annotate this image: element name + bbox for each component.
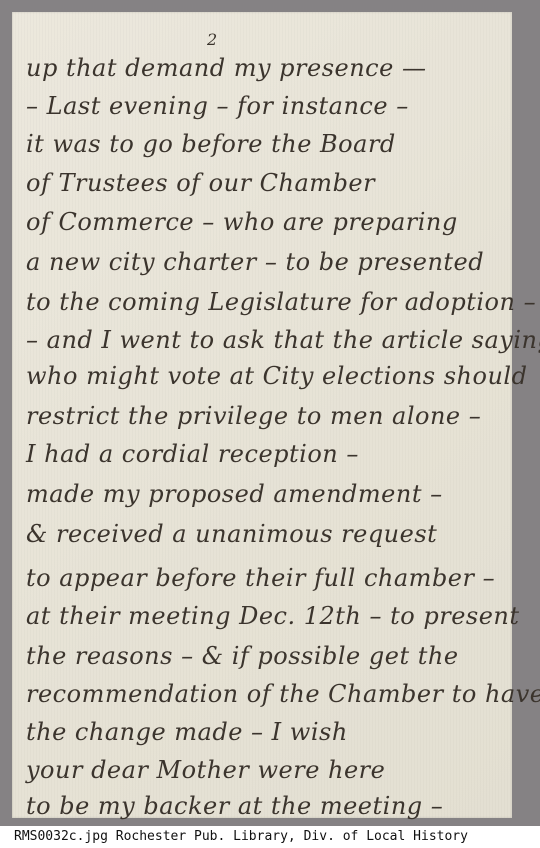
text-line: your dear Mother were here [26, 756, 385, 784]
text-line: I had a cordial reception – [26, 440, 359, 468]
text-line: recommendation of the Chamber to have [26, 680, 540, 708]
text-line: at their meeting Dec. 12th – to present [26, 602, 520, 630]
handwritten-text: up that demand my presence — – Last even… [12, 12, 512, 818]
text-line: & received a unanimous request [26, 520, 437, 548]
text-line: to the coming Legislature for adoption – [26, 288, 536, 316]
text-line: the change made – I wish [26, 718, 348, 746]
text-line: to appear before their full chamber – [26, 564, 495, 592]
text-line: the reasons – & if possible get the [26, 642, 459, 670]
text-line: of Trustees of our Chamber [26, 169, 375, 197]
text-line: it was to go before the Board [26, 130, 396, 158]
image-caption: RMS0032c.jpg Rochester Pub. Library, Div… [0, 826, 540, 848]
text-line: who might vote at City elections should [26, 362, 527, 390]
text-line: – Last evening – for instance – [26, 92, 409, 120]
scan-frame: 2 up that demand my presence — – Last ev… [0, 0, 540, 826]
text-line: up that demand my presence — [26, 54, 426, 82]
text-line: to be my backer at the meeting – [26, 792, 443, 820]
text-line: made my proposed amendment – [26, 480, 443, 508]
text-line: of Commerce – who are preparing [26, 208, 458, 236]
manuscript-page: 2 up that demand my presence — – Last ev… [12, 12, 512, 818]
text-line: – and I went to ask that the article say… [26, 326, 540, 354]
text-line: restrict the privilege to men alone – [26, 402, 481, 430]
text-line: a new city charter – to be presented [26, 248, 484, 276]
